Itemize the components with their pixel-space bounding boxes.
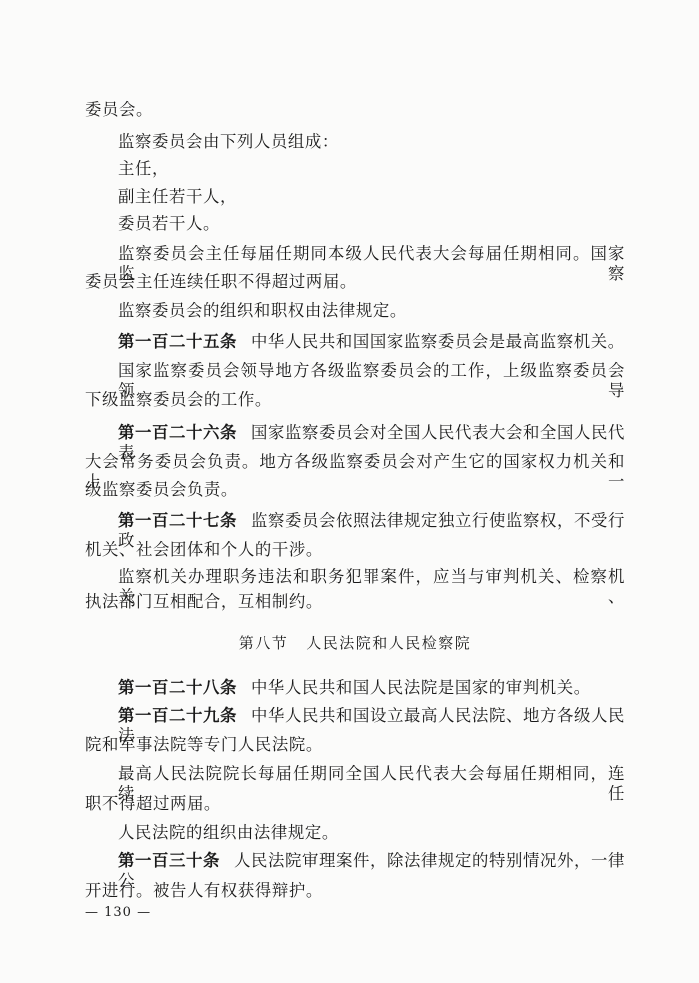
article-text: 中华人民共和国人民法院是国家的审判机关。 [251, 678, 591, 697]
text-line: 委员会。 [85, 100, 153, 120]
article-number: 第一百二十六条 [118, 423, 237, 442]
article-number: 第一百二十八条 [118, 678, 237, 697]
text-line: 机关、社会团体和个人的干涉。 [85, 540, 323, 560]
text-line: 副主任若干人， [118, 187, 237, 207]
text-line: 主任， [118, 159, 169, 179]
text-line: 下级监察委员会的工作。 [85, 390, 272, 410]
text-line: 委员会主任连续任职不得超过两届。 [85, 272, 357, 292]
text-line: 职不得超过两届。 [85, 794, 221, 814]
text-line: 执法部门互相配合，互相制约。 [85, 592, 323, 612]
text-line: 委员若干人。 [118, 214, 220, 234]
article-number: 第一百二十九条 [118, 706, 237, 725]
section-heading: 第八节人民法院和人民检察院 [85, 633, 625, 653]
article-text: 中华人民共和国国家监察委员会是最高监察机关。 [251, 332, 625, 351]
article-number: 第一百三十条 [118, 851, 220, 870]
article-125: 第一百二十五条中华人民共和国国家监察委员会是最高监察机关。 [118, 332, 625, 352]
article-number: 第一百二十七条 [118, 511, 237, 530]
text-line: 监察委员会由下列人员组成： [118, 132, 339, 152]
text-line: 院和军事法院等专门人民法院。 [85, 735, 323, 755]
text-line: 人民法院的组织由法律规定。 [118, 823, 339, 843]
section-title: 人民法院和人民检察院 [306, 634, 471, 652]
text-line: 监察委员会的组织和职权由法律规定。 [118, 301, 407, 321]
text-line: 开进行。被告人有权获得辩护。 [85, 881, 323, 901]
text-line: 级监察委员会负责。 [85, 480, 238, 500]
article-128: 第一百二十八条中华人民共和国人民法院是国家的审判机关。 [118, 678, 591, 698]
page-number: — 130 — [85, 905, 151, 920]
section-number: 第八节 [239, 634, 289, 652]
article-number: 第一百二十五条 [118, 332, 237, 351]
